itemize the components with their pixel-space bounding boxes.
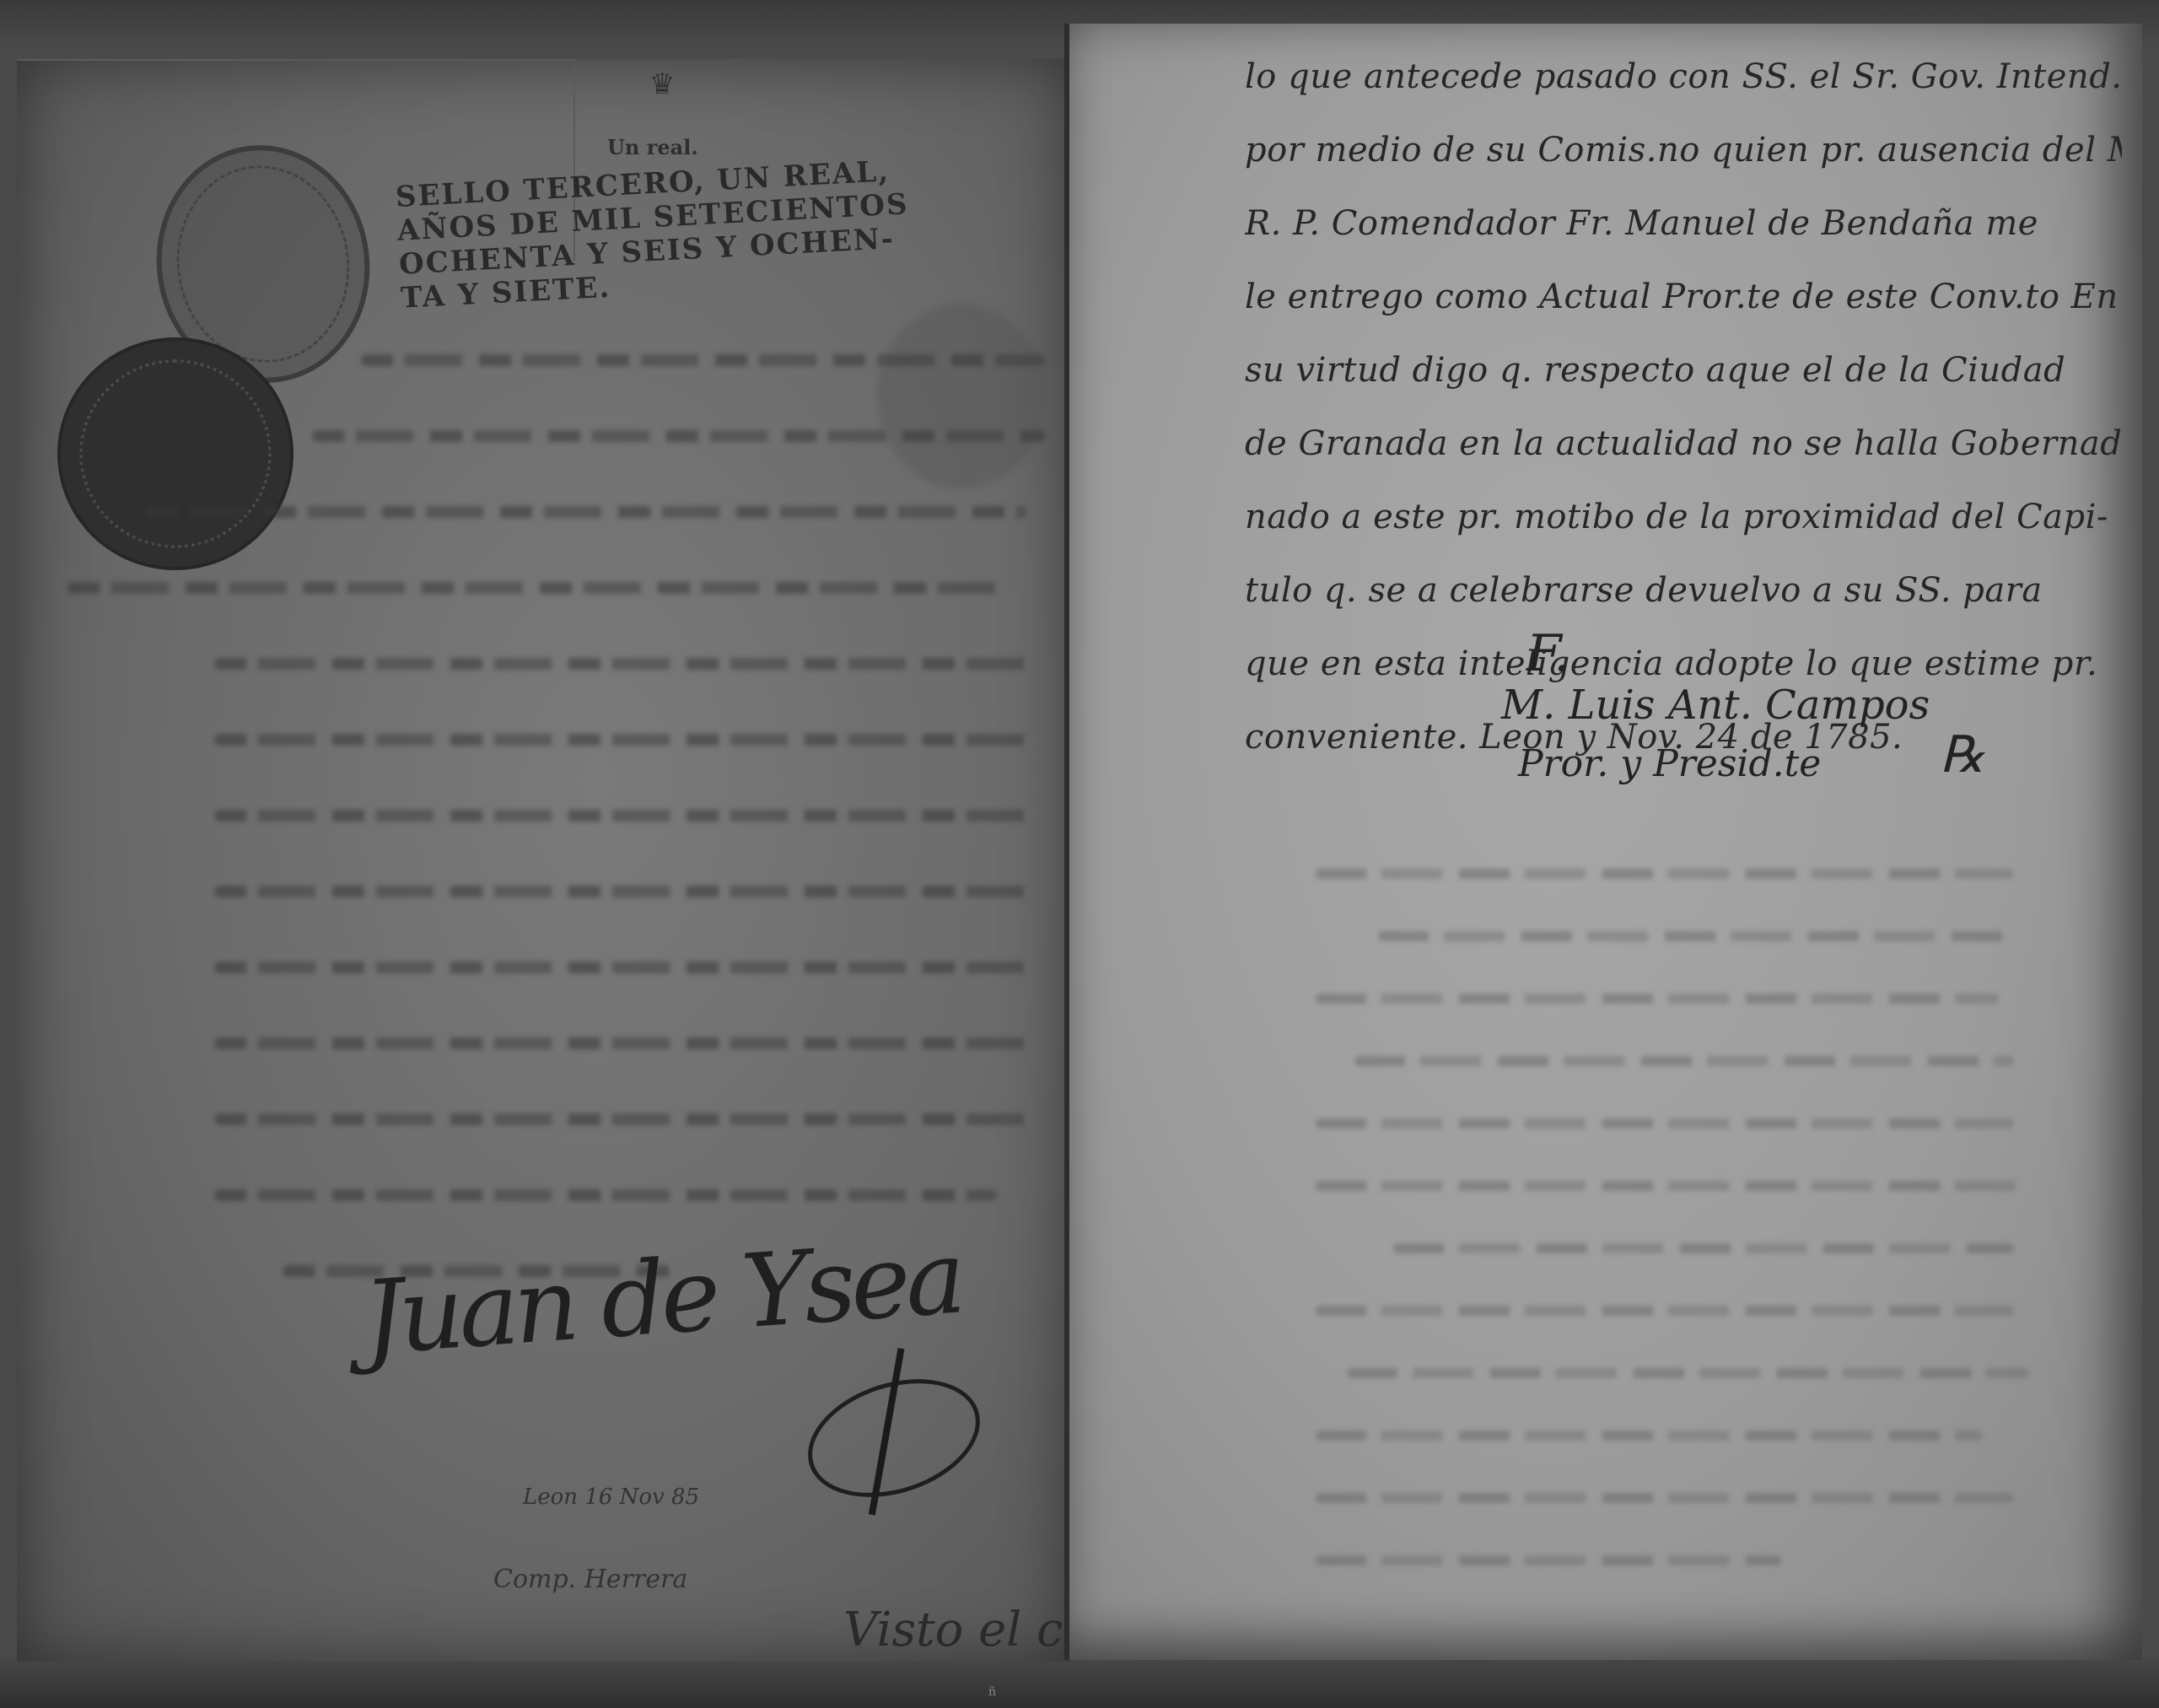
text-line: su virtud digo q. respecto aque el de la… — [1245, 334, 2122, 407]
text-line: le entrego como Actual Pror.te de este C… — [1245, 261, 2122, 334]
text-line: de Granada en la actualidad no se halla … — [1245, 407, 2122, 481]
bleed-line — [1316, 1181, 2029, 1191]
page-mark: ñ — [988, 1685, 996, 1699]
text-line: por medio de su Comis.no quien pr. ausen… — [1245, 114, 2122, 187]
faded-line — [214, 658, 1036, 670]
faded-line — [214, 886, 1036, 897]
bleed-line — [1316, 994, 1999, 1004]
left-page-faded-body — [67, 354, 1046, 1341]
signatory-name: M. Luis Ant. Campos — [1501, 682, 1930, 729]
faded-line — [312, 430, 1046, 442]
crown-crest-icon: ♛ — [649, 67, 675, 101]
bleed-line — [1378, 931, 2014, 941]
bleed-line — [1316, 1555, 1781, 1565]
bleed-line — [1393, 1243, 2014, 1253]
text-line: R. P. Comendador Fr. Manuel de Bendaña m… — [1245, 187, 2122, 261]
right-page-text: lo que antecede pasado con SS. el Sr. Go… — [1245, 40, 2122, 774]
faded-line — [67, 582, 1007, 594]
annotation-visto: Visto el co — [843, 1603, 1091, 1657]
stamp-value: Un real. — [607, 135, 698, 159]
faded-line — [214, 810, 1036, 822]
faded-line — [214, 734, 1036, 746]
page-rule — [17, 59, 573, 61]
faded-line — [214, 1037, 1036, 1049]
signatory-title: Pror. y Presid.te — [1518, 742, 1821, 785]
bleed-line — [1347, 1368, 2030, 1378]
microfilm-scan: ♛ Un real. Sello tercero, un real, años … — [0, 0, 2159, 1708]
faded-line — [214, 1189, 997, 1201]
signature-mark: F. — [1526, 624, 1569, 683]
annotation-name: Comp. Herrera — [493, 1565, 687, 1594]
rubric-icon: ℞ — [1940, 725, 1985, 784]
bleed-line — [1354, 1056, 2014, 1066]
faded-line — [361, 354, 1046, 366]
bleed-line — [1316, 1118, 2014, 1129]
annotation-date: Leon 16 Nov 85 — [523, 1484, 699, 1510]
faded-line — [146, 506, 1026, 518]
bleed-line — [1316, 1493, 2014, 1503]
text-line: nado a este pr. motibo de la proximidad … — [1245, 481, 2122, 554]
text-line: tulo q. se a celebrarse devuelvo a su SS… — [1245, 554, 2122, 628]
right-page-bleed-through — [1316, 869, 2092, 1618]
bleed-line — [1316, 869, 2014, 879]
faded-line — [214, 1113, 1036, 1125]
bleed-line — [1316, 1306, 2014, 1316]
faded-line — [214, 962, 1036, 973]
bleed-line — [1316, 1431, 1983, 1441]
text-line: lo que antecede pasado con SS. el Sr. Go… — [1245, 40, 2122, 114]
